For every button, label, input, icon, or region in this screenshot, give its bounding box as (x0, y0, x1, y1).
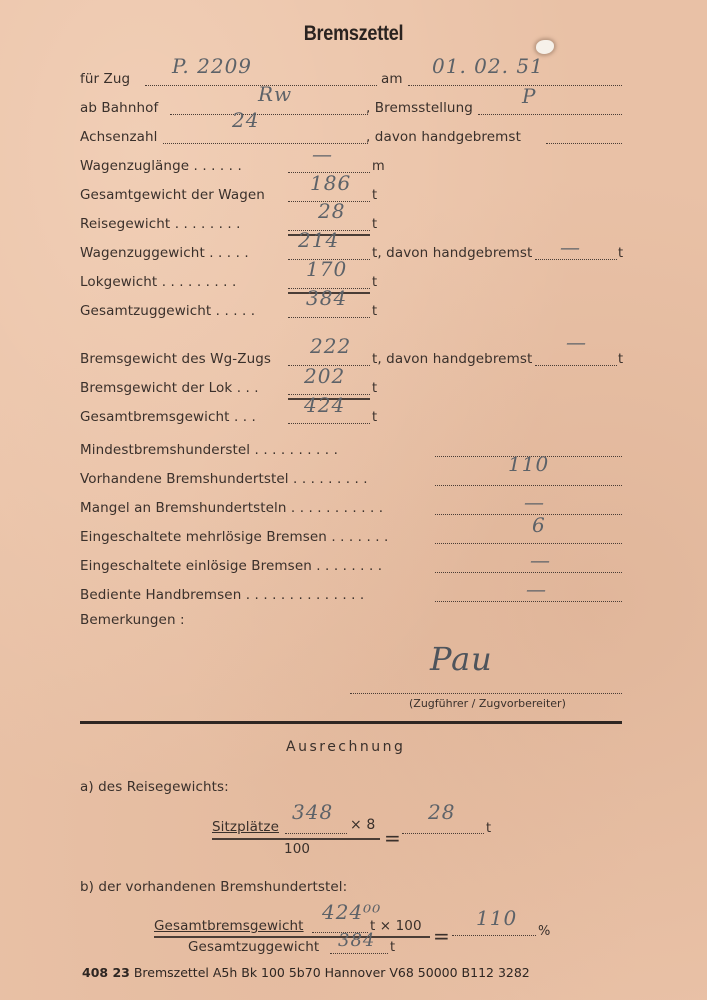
value-wagenzuglaenge: — (312, 142, 333, 166)
unit-t: t (372, 410, 377, 425)
unit-m: m (372, 159, 385, 174)
label-reisegewicht: Reisegewicht . . . . . . . . (80, 216, 241, 232)
value-bremsgewicht-wg: 222 (310, 334, 351, 358)
field-bahnhof[interactable] (170, 114, 368, 115)
fraction-bar (212, 838, 380, 840)
label-gesamtgewicht-wagen: Gesamtgewicht der Wagen (80, 187, 265, 203)
field-gesamtbremsgewicht[interactable] (288, 423, 370, 424)
value-gesamtzuggewicht: 384 (306, 286, 347, 310)
form-title: Bremszettel (49, 22, 657, 46)
label-zug: für Zug (80, 71, 130, 87)
field-einloesige[interactable] (435, 572, 622, 573)
calc-b-factor: t × 100 (370, 918, 422, 934)
label-lokgewicht: Lokgewicht . . . . . . . . . (80, 274, 236, 290)
label-bahnhof: ab Bahnhof (80, 100, 158, 116)
field-bremsgewicht-hand[interactable] (535, 365, 617, 366)
value-gesamtgewicht-wagen: 186 (310, 171, 351, 195)
value-a-result: 28 (428, 800, 455, 824)
value-wagenzug-hand: — (560, 235, 581, 259)
label-am: am (381, 71, 403, 87)
value-zug: P. 2209 (172, 54, 252, 78)
value-bremsgewicht-hand: — (566, 330, 587, 354)
value-einloesige: — (530, 548, 551, 572)
label-mindestbremshunderstel: Mindestbremshunderstel . . . . . . . . .… (80, 442, 338, 458)
field-gesamtzuggewicht[interactable] (288, 317, 370, 318)
label-handbremsen: Bediente Handbremsen . . . . . . . . . .… (80, 587, 364, 603)
calc-b-denominator-label: Gesamtzuggewicht (188, 939, 319, 955)
value-bremsgewicht-lok: 202 (304, 364, 345, 388)
equals-sign: = (384, 826, 401, 850)
calc-b-label: b) der vorhandenen Bremshundertstel: (80, 879, 347, 895)
unit-t: t (372, 275, 377, 290)
signature: Pau (430, 640, 493, 678)
equals-sign: = (433, 924, 450, 948)
label-achsen-hand: , davon handgebremst (366, 129, 521, 145)
label-wagenzuglaenge: Wagenzuglänge . . . . . . (80, 158, 242, 174)
label-bremsstellung: , Bremsstellung (366, 100, 473, 116)
unit-t: t (486, 821, 491, 836)
field-mangel[interactable] (435, 514, 622, 515)
calc-a-factor: × 8 (350, 817, 375, 833)
value-gesamtbremsgewicht: 424 (304, 393, 345, 417)
field-b-denominator[interactable] (330, 953, 388, 954)
value-b-denominator: 384 (338, 930, 375, 951)
calc-b-numerator-label: Gesamtbremsgewicht (154, 918, 304, 934)
field-a-result[interactable] (402, 833, 484, 834)
label-wagenzug-hand: t, davon handgebremst (372, 245, 532, 261)
field-vorhandene[interactable] (435, 485, 622, 486)
fraction-bar (154, 936, 430, 938)
unit-t: t (372, 188, 377, 203)
footer-text: Bremszettel A5h Bk 100 5b70 Hannover V68… (134, 965, 530, 980)
label-mangel: Mangel an Bremshundertsteln . . . . . . … (80, 500, 383, 516)
unit-t: t (372, 217, 377, 232)
field-handbremsen[interactable] (435, 601, 622, 602)
field-seats[interactable] (285, 833, 347, 834)
label-gesamtbremsgewicht: Gesamtbremsgewicht . . . (80, 409, 256, 425)
unit-t: t (390, 940, 395, 955)
field-signature[interactable] (350, 693, 622, 694)
field-wagenzug-hand[interactable] (535, 259, 617, 260)
section-divider (80, 721, 622, 724)
calc-a-label: a) des Reisegewichts: (80, 779, 229, 795)
field-achsenzahl[interactable] (163, 143, 368, 144)
value-mehrloesige: 6 (532, 513, 546, 537)
calc-a-denominator: 100 (284, 841, 310, 857)
unit-t: t (372, 381, 377, 396)
value-reisegewicht: 28 (318, 199, 345, 223)
field-am[interactable] (408, 85, 622, 86)
calc-heading: Ausrechnung (286, 739, 405, 755)
value-am: 01. 02. 51 (432, 54, 544, 78)
unit-t: t (618, 246, 623, 261)
field-mehrloesige[interactable] (435, 543, 622, 544)
unit-percent: % (538, 924, 550, 939)
value-seats: 348 (292, 800, 333, 824)
value-achsenzahl: 24 (232, 108, 259, 132)
label-achsenzahl: Achsenzahl (80, 129, 158, 145)
value-vorhandene: 110 (508, 452, 549, 476)
field-bremsstellung[interactable] (478, 114, 622, 115)
value-wagenzuggewicht: 214 (298, 228, 339, 252)
label-vorhandene: Vorhandene Bremshundertstel . . . . . . … (80, 471, 368, 487)
unit-t: t (372, 304, 377, 319)
label-bemerkungen: Bemerkungen : (80, 612, 185, 628)
label-bremsgewicht-wg: Bremsgewicht des Wg-Zugs (80, 351, 271, 367)
footer-number: 408 23 (82, 965, 130, 980)
value-bahnhof: Rw (258, 82, 292, 106)
footer-imprint: 408 23 Bremszettel A5h Bk 100 5b70 Hanno… (82, 965, 530, 980)
field-b-result[interactable] (452, 935, 536, 936)
field-achsen-hand[interactable] (546, 143, 622, 144)
value-b-result: 110 (476, 906, 517, 930)
value-mangel: — (524, 490, 545, 514)
label-mehrloesige: Eingeschaltete mehrlösige Bremsen . . . … (80, 529, 388, 545)
label-bremsgewicht-lok: Bremsgewicht der Lok . . . (80, 380, 259, 396)
signature-caption: (Zugführer / Zugvorbereiter) (409, 697, 566, 710)
label-gesamtzuggewicht: Gesamtzuggewicht . . . . . (80, 303, 255, 319)
value-bremsstellung: P (522, 84, 536, 108)
unit-t: t (618, 352, 623, 367)
label-einloesige: Eingeschaltete einlösige Bremsen . . . .… (80, 558, 382, 574)
calc-a-numerator-label: Sitzplätze (212, 819, 279, 835)
label-bremsgewicht-hand: t, davon handgebremst (372, 351, 532, 367)
label-wagenzuggewicht: Wagenzuggewicht . . . . . (80, 245, 249, 261)
value-handbremsen: — (526, 577, 547, 601)
value-lokgewicht: 170 (306, 257, 347, 281)
